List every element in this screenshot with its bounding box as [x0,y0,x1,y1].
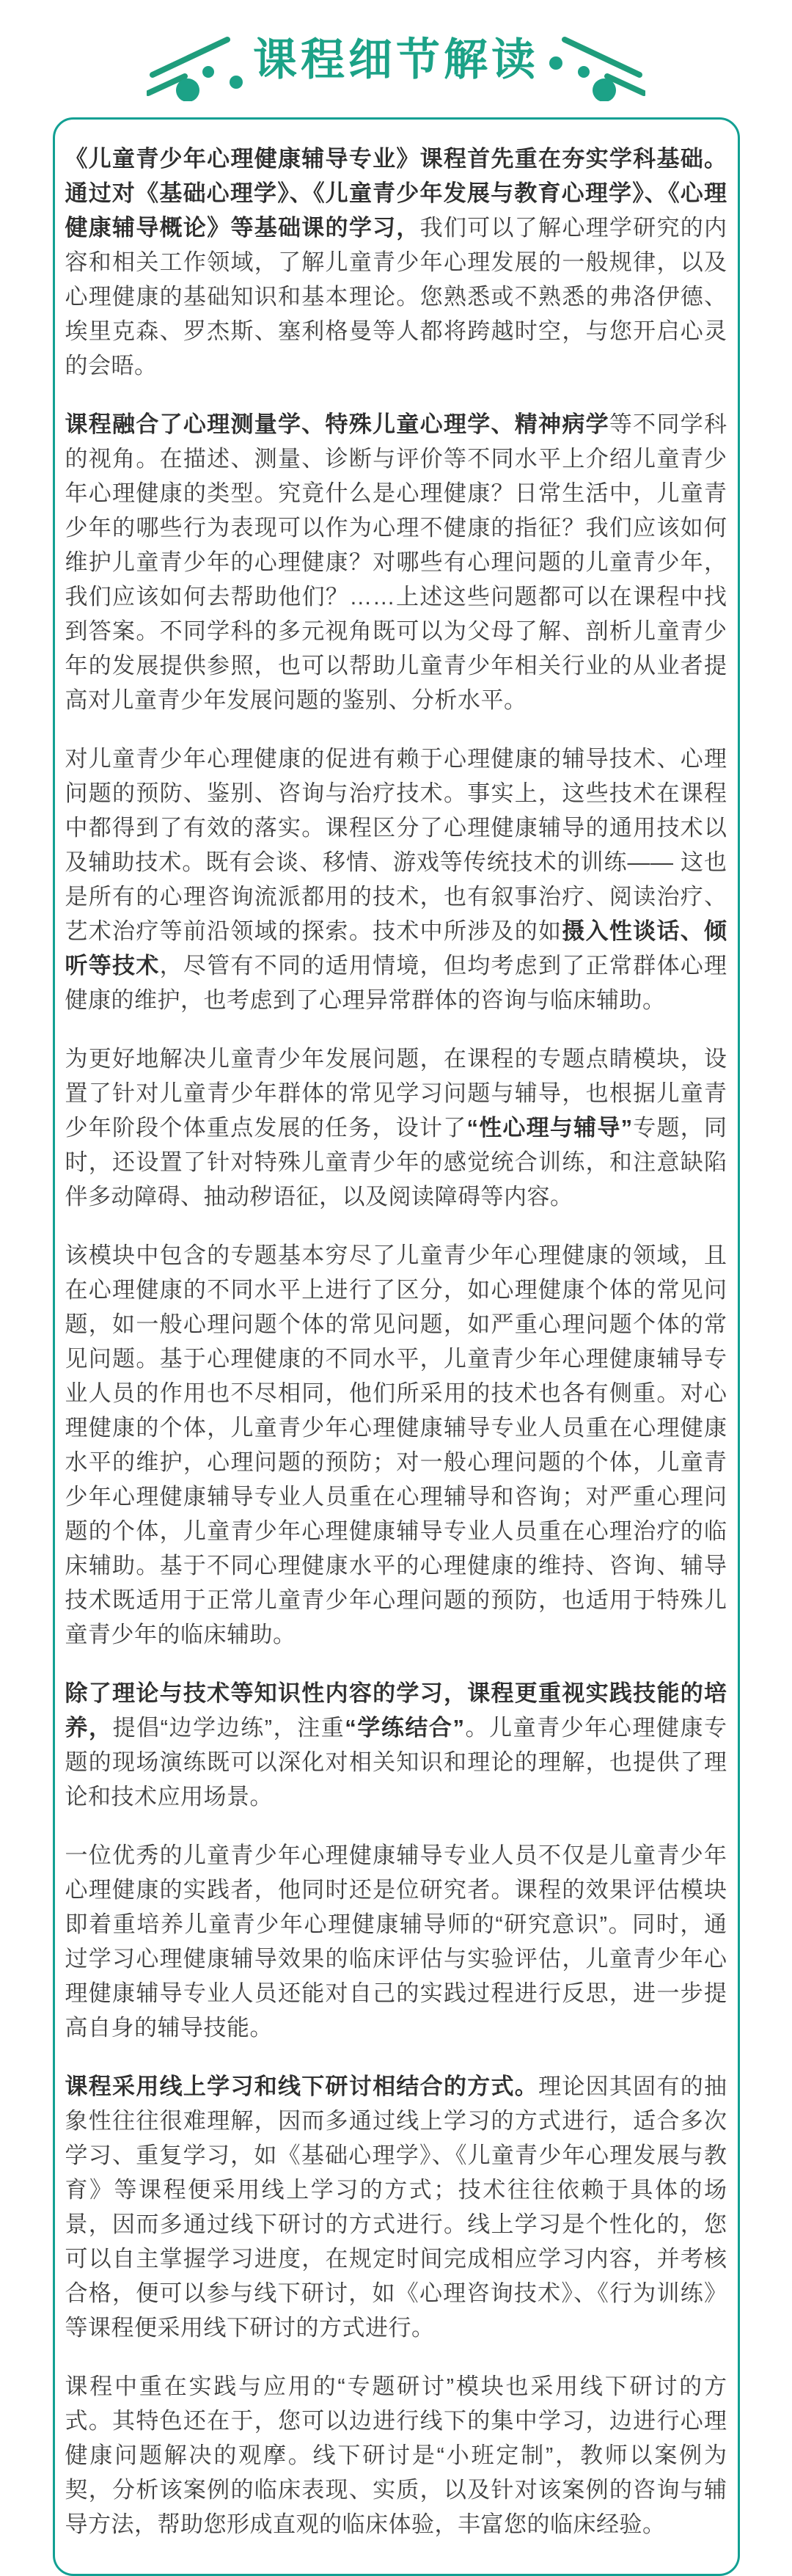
paragraph: 一位优秀的儿童青少年心理健康辅导专业人员不仅是儿童青少年心理健康的实践者，他同时… [65,1838,727,2045]
paragraph: 课程中重在实践与应用的“专题研讨”模块也采用线下研讨的方式。其特色还在于，您可以… [65,2369,727,2542]
text-run: 一位优秀的儿童青少年心理健康辅导专业人员不仅是儿童青少年心理健康的实践者，他同时… [65,1843,727,2041]
text-run: ，尽管有不同的适用情境，但均考虑到了正常群体心理健康的维护，也考虑到了心理异常群… [65,953,727,1013]
paragraph: 课程采用线上学习和线下研讨相结合的方式。理论因其固有的抽象性往往很难理解，因而多… [65,2069,727,2345]
text-run: “性心理与辅导” [466,1115,632,1141]
text-run: 该模块中包含的专题基本穷尽了儿童青少年心理健康的领域，且在心理健康的不同水平上进… [65,1243,727,1647]
speed-lines-left-icon [147,19,246,101]
paragraph: 课程融合了心理测量学、特殊儿童心理学、精神病学等不同学科的视角。在描述、测量、诊… [65,407,727,717]
page-header: 课程细节解读 [0,19,792,101]
text-run: 理论因其固有的抽象性往往很难理解，因而多通过线上学习的方式进行，适合多次学习、重… [65,2074,727,2341]
text-run: 对儿童青少年心理健康的促进有赖于心理健康的辅导技术、心理问题的预防、鉴别、咨询与… [65,746,727,944]
text-run: 课程融合了心理测量学、特殊儿童心理学、精神病学 [65,411,609,437]
text-run: 等不同学科的视角。在描述、测量、诊断与评价等不同水平上介绍儿童青少年心理健康的类… [65,411,727,713]
paragraph: 为更好地解决儿童青少年发展问题，在课程的专题点睛模块，设置了针对儿童青少年群体的… [65,1042,727,1214]
paragraph: 除了理论与技术等知识性内容的学习，课程更重视实践技能的培养，提倡“边学边练”，注… [65,1676,727,1814]
paragraph: 该模块中包含的专题基本穷尽了儿童青少年心理健康的领域，且在心理健康的不同水平上进… [65,1238,727,1652]
text-run: 课程采用线上学习和线下研讨相结合的方式。 [65,2074,539,2099]
text-run: “学练结合” [345,1715,464,1741]
content-card: 《儿童青少年心理健康辅导专业》课程首先重在夯实学科基础。通过对《基础心理学》、《… [53,117,740,2576]
paragraph: 《儿童青少年心理健康辅导专业》课程首先重在夯实学科基础。通过对《基础心理学》、《… [65,142,727,383]
text-run: 提倡“边学边练”，注重 [113,1715,345,1741]
page-title: 课程细节解读 [253,38,539,82]
speed-lines-right-icon [546,19,645,101]
page: 课程细节解读 《儿童青少年心理健康辅导专业》课程首先重在夯实学科基础。通过对《基… [0,0,792,2576]
paragraph: 对儿童青少年心理健康的促进有赖于心理健康的辅导技术、心理问题的预防、鉴别、咨询与… [65,742,727,1017]
text-run: 课程中重在实践与应用的“专题研讨”模块也采用线下研讨的方式。其特色还在于，您可以… [65,2374,727,2537]
